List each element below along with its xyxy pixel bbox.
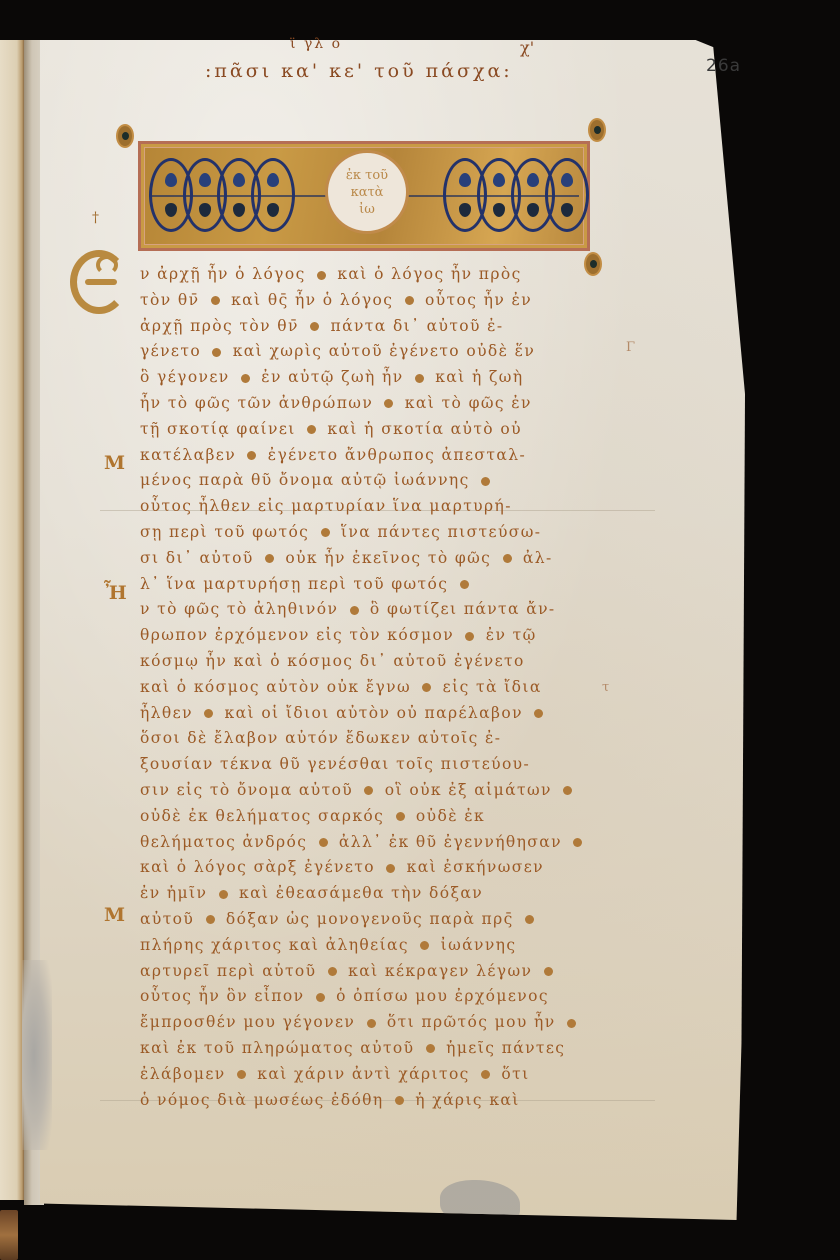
medallion-line: κατὰ [351,184,384,201]
text-line: ἔμπροσθέν μου γέγονεν ὅτι πρῶτός μου ἦν [140,1010,620,1036]
text-line: τῇ σκοτίᾳ φαίνει καὶ ἡ σκοτία αὐτὸ οὐ [140,417,620,443]
punctuation-dot [219,890,228,899]
margin-cross-mark: † [92,210,99,226]
punctuation-dot [212,348,221,357]
punctuation-dot [237,1070,246,1079]
punctuation-dot [321,528,330,537]
punctuation-dot [265,554,274,563]
punctuation-dot [396,812,405,821]
punctuation-dot [563,786,572,795]
text-line: ν ἀρχῇ ἦν ὁ λόγος καὶ ὁ λόγος ἦν πρὸς [140,262,620,288]
punctuation-dot [567,1019,576,1028]
text-line: οὗτος ἦν ὃν εἶπον ὁ ὀπίσω μου ἐρχόμενος [140,984,620,1010]
punctuation-dot [460,580,469,589]
text-line: ἐλάβομεν καὶ χάριν ἀντὶ χάριτος ὅτι [140,1062,620,1088]
headpiece-rings-right [443,158,579,234]
text-line: αὐτοῦ δόξαν ὡς μονογενοῦς παρὰ πρς̄ [140,907,620,933]
text-line: τὸν θν̄ καὶ θς̄ ἦν ὁ λόγος οὗτος ἦν ἐν [140,288,620,314]
text-line: καὶ ὁ κόσμος αὐτὸν οὐκ ἔγνω εἰς τὰ ἴδια [140,675,620,701]
punctuation-dot [405,296,414,305]
text-column: ν ἀρχῇ ἦν ὁ λόγος καὶ ὁ λόγος ἦν πρὸς τὸ… [140,262,620,1113]
punctuation-dot [307,425,316,434]
headpiece-medallion: ἐκ τοῦ κατὰ ἰω [325,150,409,234]
text-line: αρτυρεῖ περὶ αὐτοῦ καὶ κέκραγεν λέγων [140,959,620,985]
text-line: ὅσοι δὲ ἔλαβον αὐτόν ἔδωκεν αὐτοῖς ἐ- [140,726,620,752]
punctuation-dot [415,374,424,383]
text-line: θρωπον ἐρχόμενον εἰς τὸν κόσμον ἐν τῷ [140,623,620,649]
punctuation-dot [317,271,326,280]
punctuation-dot [503,554,512,563]
initial-e-curl [96,255,118,275]
text-line: οὐδὲ ἐκ θελήματος σαρκός οὐδὲ ἐκ [140,804,620,830]
punctuation-dot [573,838,582,847]
text-line: καὶ ὁ λόγος σὰρξ ἐγένετο καὶ ἐσκήνωσεν [140,855,620,881]
text-line: πλήρης χάριτος καὶ ἀληθείας ἰωάννης [140,933,620,959]
punctuation-dot [364,786,373,795]
text-line: ξουσίαν τέκνα θῦ γενέσθαι τοῖς πιστεύου- [140,752,620,778]
ring-ornament [545,158,589,232]
text-line: ὁ νόμος διὰ μωσέως ἐδόθη ἡ χάρις καὶ [140,1088,620,1114]
text-line: λ᾿ ἵνα μαρτυρήσῃ περὶ τοῦ φωτός [140,572,620,598]
text-line: θελήματος ἀνδρός ἀλλ᾿ ἐκ θῦ ἐγεννήθησαν [140,830,620,856]
initial-m: Μ [104,904,125,926]
title-mark: χ' [520,38,534,57]
punctuation-dot [544,967,553,976]
text-line: σι δι᾿ αὐτοῦ οὐκ ἦν ἐκεῖνος τὸ φῶς ἀλ- [140,546,620,572]
punctuation-dot [211,296,220,305]
text-line: σιν εἰς τὸ ὄνομα αὐτοῦ οἳ οὐκ ἐξ αἱμάτων [140,778,620,804]
text-line: ὃ γέγονεν ἐν αὐτῷ ζωὴ ἦν καὶ ἡ ζωὴ [140,365,620,391]
punctuation-dot [367,1019,376,1028]
initial-h: Ἦ [104,582,127,604]
folio-number: 26a [706,56,741,76]
headpiece-rings-left [149,158,285,234]
lection-title: :πᾶσι κα' κε' τοῦ πάσχα: [205,60,513,82]
margin-mark: Γ [626,340,635,355]
punctuation-dot [422,683,431,692]
previous-leaf-edge [0,40,24,1200]
punctuation-dot [206,915,215,924]
parchment-damage [340,1238,520,1260]
punctuation-dot [481,1070,490,1079]
punctuation-dot [465,632,474,641]
text-line: οὗτος ἦλθεν εἰς μαρτυρίαν ἵνα μαρτυρή- [140,494,620,520]
medallion-line: ἐκ τοῦ [346,167,388,184]
punctuation-dot [525,915,534,924]
text-line: ἐν ἡμῖν καὶ ἐθεασάμεθα τὴν δόξαν [140,881,620,907]
medallion-line: ἰω [359,201,375,218]
headpiece: ἐκ τοῦ κατὰ ἰω [138,141,590,251]
punctuation-dot [319,838,328,847]
corner-finial-top-left [116,124,134,148]
punctuation-dot [420,941,429,950]
punctuation-dot [350,606,359,615]
text-line: γένετο καὶ χωρὶς αὐτοῦ ἐγένετο οὐδὲ ἕν [140,339,620,365]
punctuation-dot [534,709,543,718]
gutter-repair-patch [22,960,52,1150]
punctuation-dot [481,477,490,486]
text-line: καὶ ἐκ τοῦ πληρώματος αὐτοῦ ἡμεῖς πάντες [140,1036,620,1062]
title-superscript: ϊ γλ ο [290,36,342,52]
punctuation-dot [328,967,337,976]
text-line: κόσμῳ ἦν καὶ ὁ κόσμος δι᾿ αὐτοῦ ἐγένετο [140,649,620,675]
punctuation-dot [395,1096,404,1105]
punctuation-dot [384,399,393,408]
parchment-damage [440,1180,520,1224]
punctuation-dot [386,864,395,873]
corner-finial-top-right [588,118,606,142]
punctuation-dot [204,709,213,718]
punctuation-dot [316,993,325,1002]
initial-e-bar [85,279,117,285]
text-line: ἦν τὸ φῶς τῶν ἀνθρώπων καὶ τὸ φῶς ἐν [140,391,620,417]
ring-ornament [251,158,295,232]
punctuation-dot [247,451,256,460]
text-line: μένος παρὰ θῦ ὄνομα αὐτῷ ἰωάννης [140,468,620,494]
initial-m: Μ [104,452,125,474]
punctuation-dot [310,322,319,331]
punctuation-dot [241,374,250,383]
text-line: ν τὸ φῶς τὸ ἀληθινόν ὃ φωτίζει πάντα ἄν- [140,597,620,623]
binding-tab [0,1210,18,1260]
punctuation-dot [426,1044,435,1053]
text-line: σῃ περὶ τοῦ φωτός ἵνα πάντες πιστεύσω- [140,520,620,546]
text-line: κατέλαβεν ἐγένετο ἄνθρωπος ἀπεσταλ- [140,443,620,469]
text-line: ἦλθεν καὶ οἱ ἴδιοι αὐτὸν οὐ παρέλαβον [140,701,620,727]
text-line: ἀρχῇ πρὸς τὸν θν̄ πάντα δι᾿ αὐτοῦ ἐ- [140,314,620,340]
